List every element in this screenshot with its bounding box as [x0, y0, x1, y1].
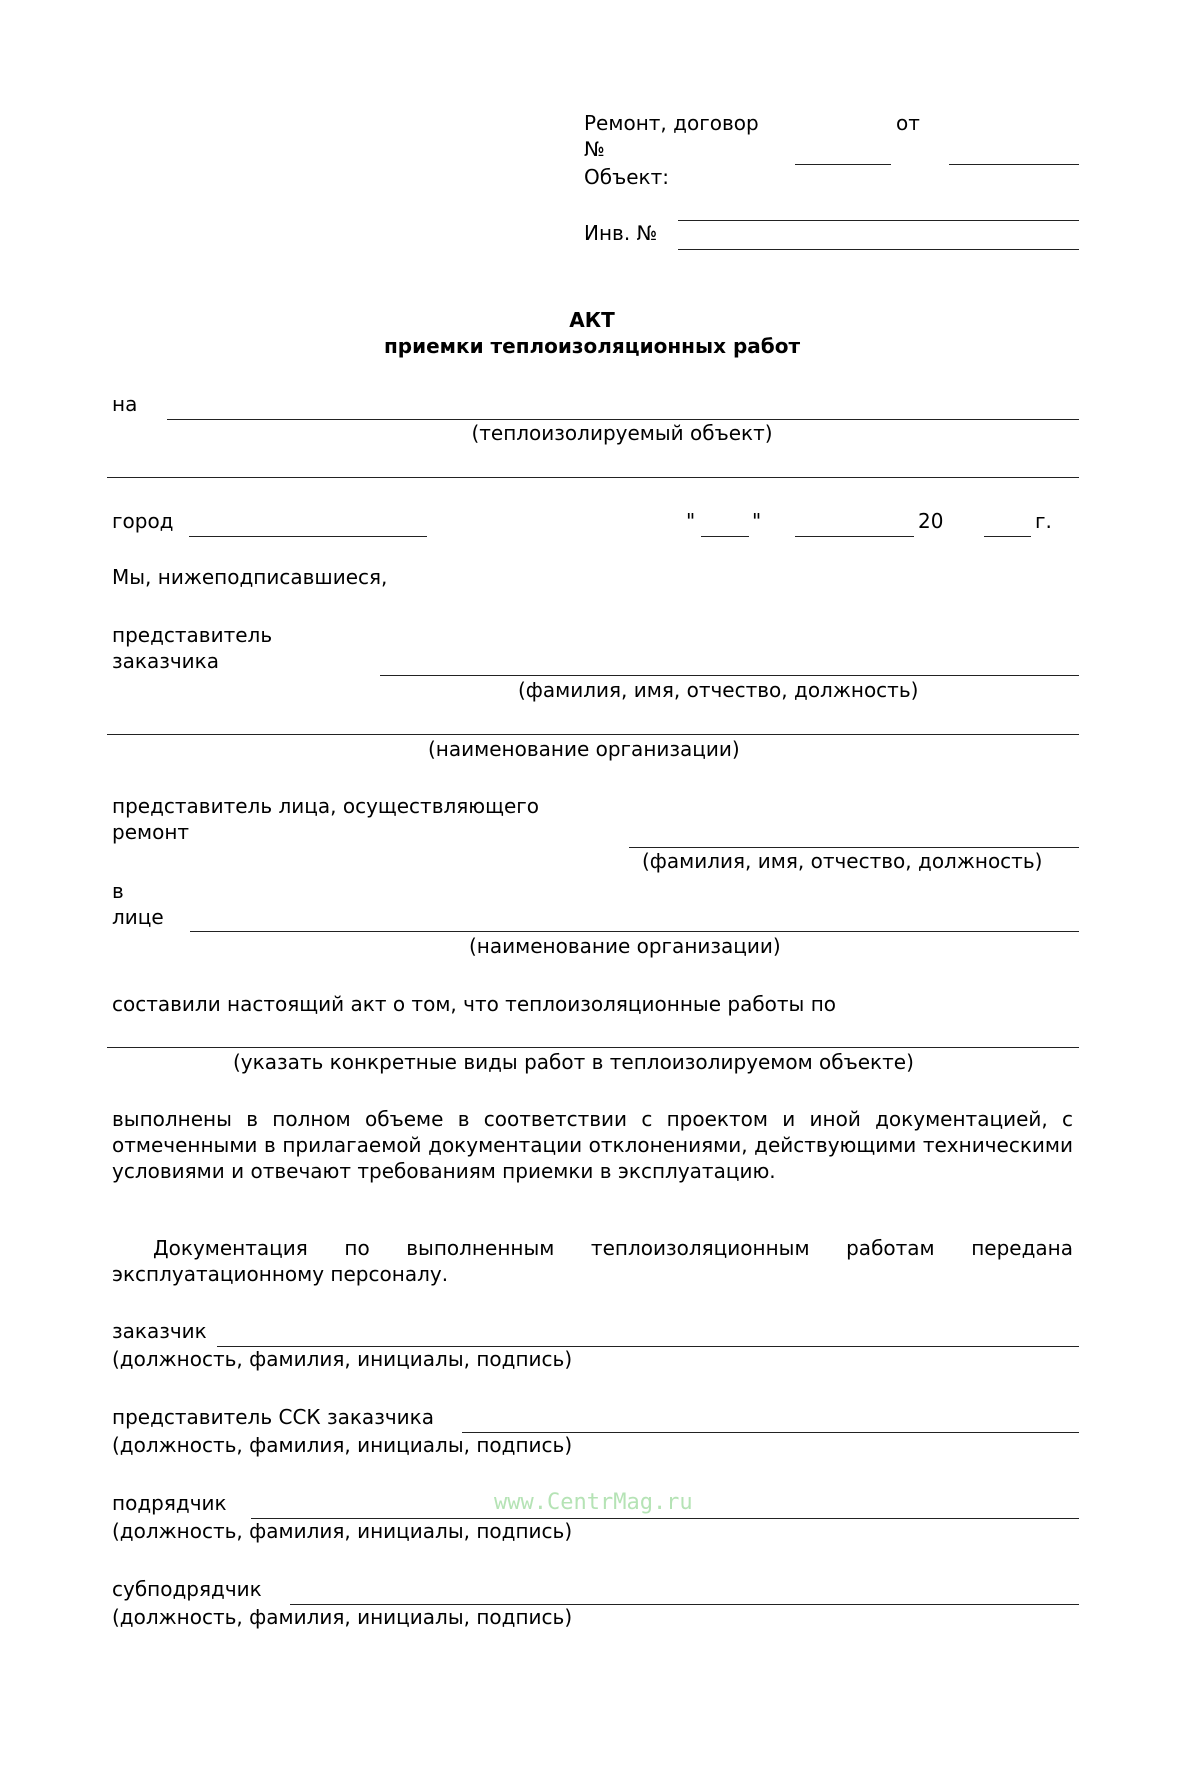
signature-caption-subcontractor: (должность, фамилия, инициалы, подпись)	[112, 1604, 572, 1630]
day-field[interactable]	[701, 512, 749, 536]
quote-open: "	[686, 508, 695, 534]
contract-number-field[interactable]	[795, 138, 891, 162]
signature-field-customer[interactable]	[217, 1322, 1079, 1346]
signature-field-subcontractor[interactable]	[290, 1580, 1079, 1604]
city-field[interactable]	[189, 512, 427, 536]
inventory-number-line	[678, 249, 1079, 250]
month-field[interactable]	[795, 512, 914, 536]
insulated-object-field-2[interactable]	[107, 452, 1079, 476]
customer-org-line	[107, 734, 1079, 735]
work-types-caption: (указать конкретные виды работ в теплоиз…	[233, 1049, 914, 1075]
repair-rep-label-1: представитель лица, осуществляющего	[112, 793, 539, 819]
year-suffix: г.	[1035, 508, 1052, 534]
object-field[interactable]	[678, 194, 1079, 218]
year-field[interactable]	[984, 512, 1031, 536]
contract-from-label: от	[896, 110, 920, 136]
quote-close: "	[752, 508, 761, 534]
document-title: АКТ	[0, 307, 1184, 333]
signature-label-subcontractor: субподрядчик	[112, 1576, 262, 1602]
signature-caption-customer: (должность, фамилия, инициалы, подпись)	[112, 1346, 572, 1372]
statement-text: составили настоящий акт о том, что тепло…	[112, 991, 836, 1017]
signature-label-ssk: представитель ССК заказчика	[112, 1404, 434, 1430]
inventory-label: Инв. №	[584, 220, 657, 246]
repair-contract-label: Ремонт, договор	[584, 110, 759, 136]
year-line	[984, 536, 1031, 537]
intro-text: Мы, нижеподписавшиеся,	[112, 564, 387, 590]
signature-label-contractor: подрядчик	[112, 1490, 227, 1516]
day-line	[701, 536, 749, 537]
repair-rep-fio-caption: (фамилия, имя, отчество, должность)	[642, 848, 1042, 874]
work-types-field[interactable]	[107, 1022, 1079, 1046]
document-subtitle: приемки теплоизоляционных работ	[0, 333, 1184, 359]
year-century: 20	[918, 508, 943, 534]
contract-number-line	[795, 164, 891, 165]
repair-org-line	[190, 931, 1079, 932]
watermark: www.CentrMag.ru	[488, 1488, 699, 1518]
repair-org-field[interactable]	[190, 906, 1079, 930]
repair-rep-fio-field[interactable]	[629, 822, 1079, 846]
contract-date-field[interactable]	[949, 138, 1079, 162]
customer-org-field[interactable]	[107, 709, 1079, 733]
in-person-label-2: лице	[112, 904, 164, 930]
completion-paragraph: выполнены в полном объеме в соответствии…	[112, 1106, 1073, 1184]
insulated-object-line-2	[107, 477, 1079, 478]
customer-rep-fio-caption: (фамилия, имя, отчество, должность)	[518, 677, 918, 703]
insulated-object-caption: (теплоизолируемый объект)	[0, 420, 1200, 446]
inventory-number-field[interactable]	[678, 224, 1079, 248]
repair-rep-label-2: ремонт	[112, 819, 189, 845]
documentation-paragraph: Документация по выполненным теплоизоляци…	[112, 1235, 1073, 1287]
on-label: на	[112, 391, 137, 417]
work-types-line	[107, 1047, 1079, 1048]
contract-date-line	[949, 164, 1079, 165]
in-person-label-1: в	[112, 878, 124, 904]
customer-rep-fio-line	[380, 675, 1079, 676]
month-line	[795, 536, 914, 537]
signature-caption-ssk: (должность, фамилия, инициалы, подпись)	[112, 1432, 572, 1458]
object-label: Объект:	[584, 164, 669, 190]
customer-org-caption: (наименование организации)	[428, 736, 740, 762]
customer-rep-fio-field[interactable]	[380, 650, 1079, 674]
signature-label-customer: заказчик	[112, 1318, 207, 1344]
insulated-object-field[interactable]	[167, 394, 1079, 418]
customer-rep-label-2: заказчика	[112, 648, 219, 674]
repair-org-caption: (наименование организации)	[469, 933, 781, 959]
contract-number-sign: №	[584, 136, 605, 162]
signature-field-ssk[interactable]	[462, 1408, 1079, 1432]
customer-rep-label-1: представитель	[112, 622, 272, 648]
city-label: город	[112, 508, 174, 534]
signature-caption-contractor: (должность, фамилия, инициалы, подпись)	[112, 1518, 572, 1544]
city-line	[189, 536, 427, 537]
object-line	[678, 220, 1079, 221]
